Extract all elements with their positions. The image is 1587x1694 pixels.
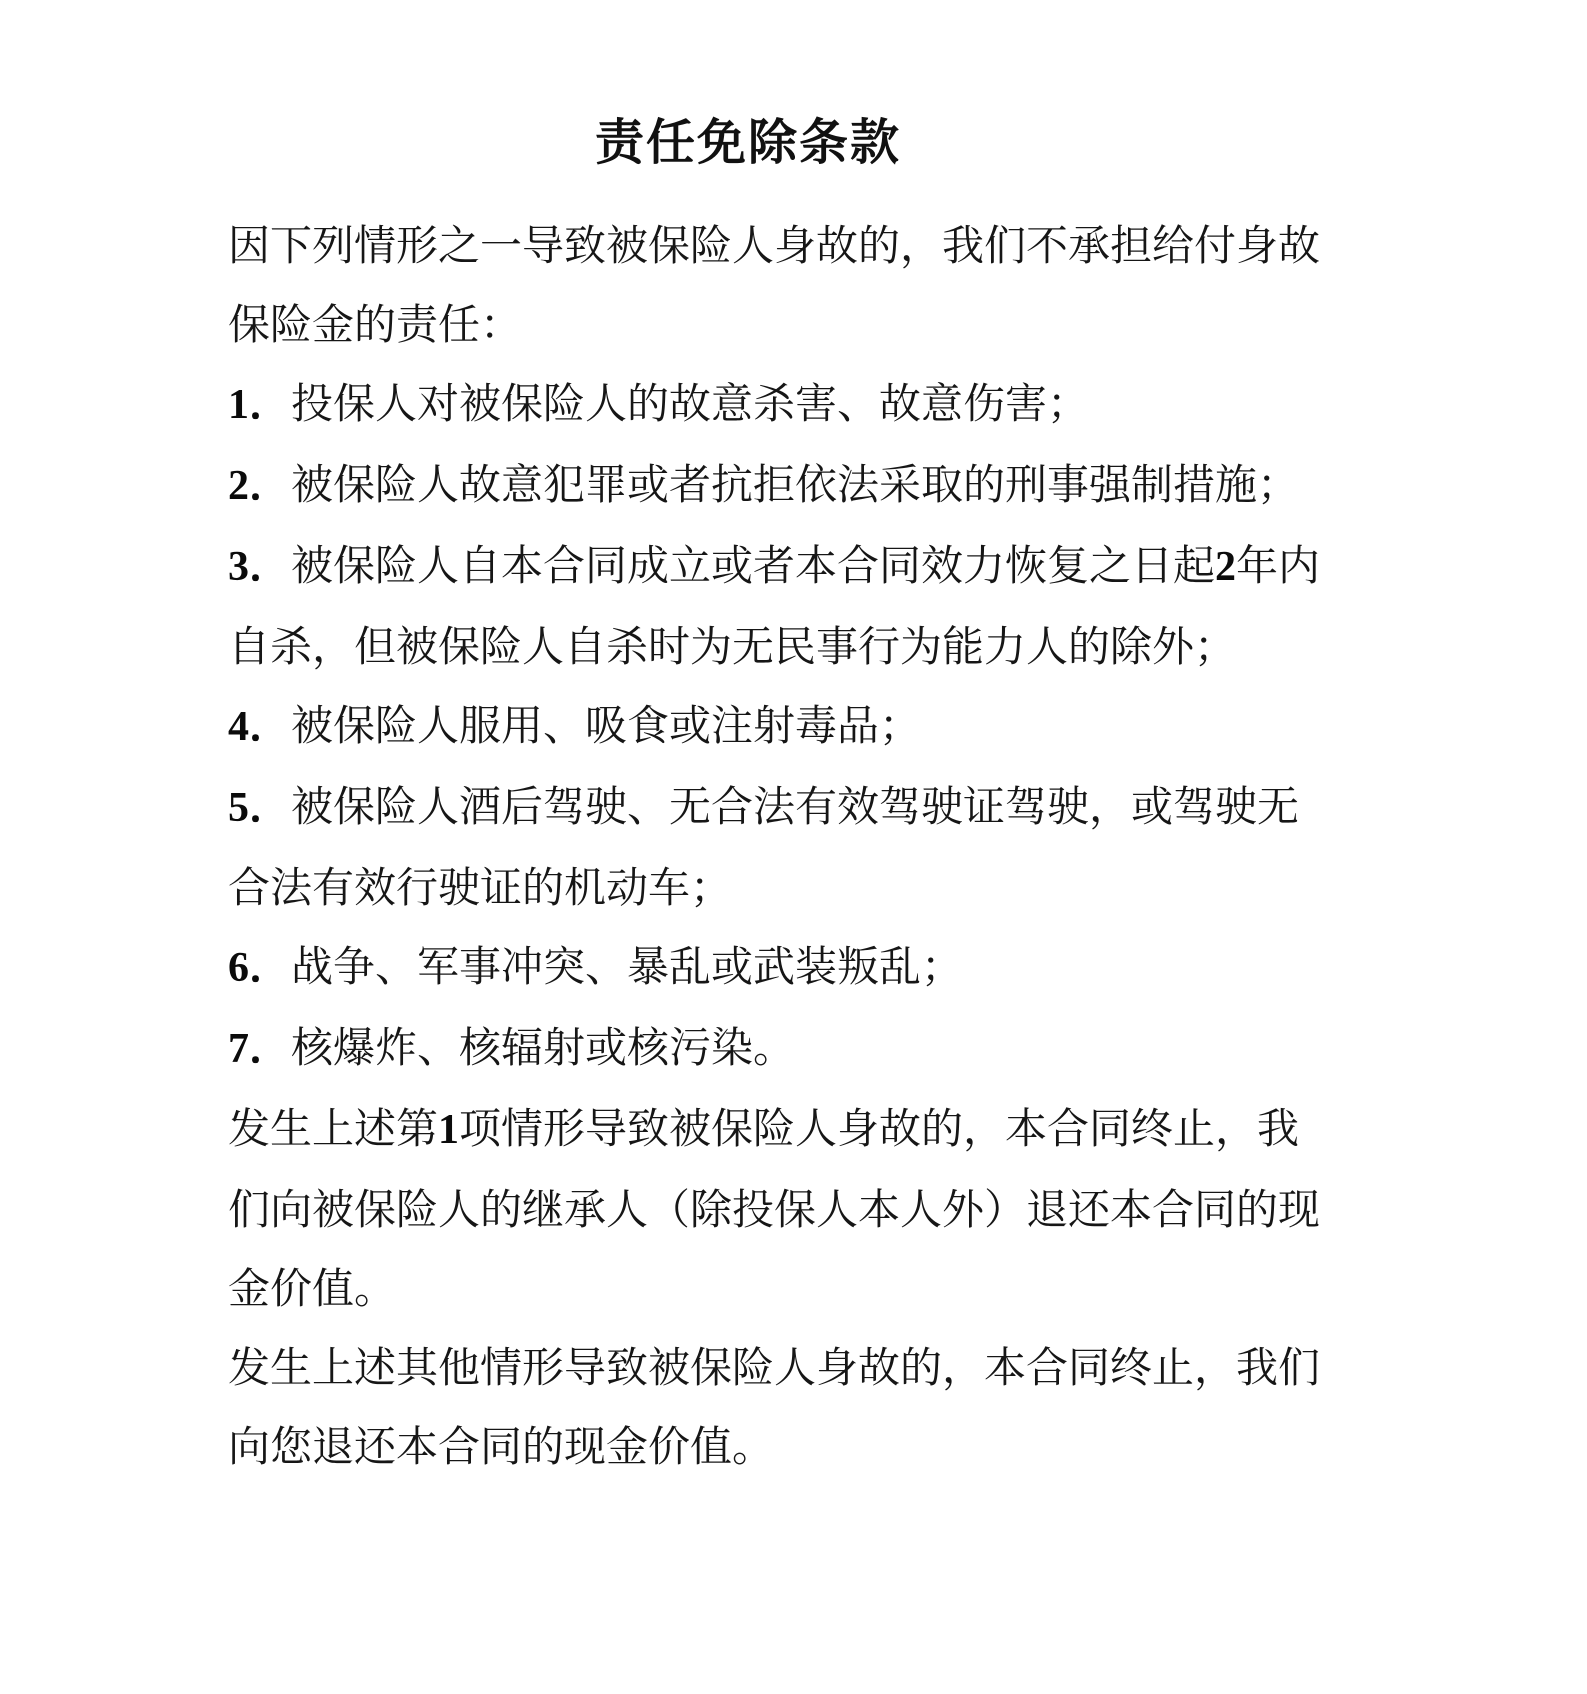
paragraph-text: 被保险人服用、吸食或注射毒品； [291,702,921,749]
paragraph-text: 因下列情形之一导致被保险人身故的，我们不承担给付身故保险金的责任： [228,222,1320,348]
exclusion-item-5: 5．被保险人酒后驾驶、无合法有效驾驶证驾驶，或驾驶无合法有效行驶证的机动车； [228,767,1328,927]
serial-number: 1 [438,1107,459,1153]
serial-number: 3． [228,544,291,590]
paragraphs-container: 因下列情形之一导致被保险人身故的，我们不承担给付身故保险金的责任：1．投保人对被… [228,206,1328,1486]
serial-number: 2． [228,463,291,509]
exclusion-item-6: 6．战争、军事冲突、暴乱或武装叛乱； [228,927,1328,1008]
intro-paragraph: 因下列情形之一导致被保险人身故的，我们不承担给付身故保险金的责任： [228,206,1328,364]
serial-number: 2 [1215,544,1236,590]
paragraph-text: 被保险人自本合同成立或者本合同效力恢复之日起 [291,542,1215,589]
document-page: 责任免除条款 因下列情形之一导致被保险人身故的，我们不承担给付身故保险金的责任：… [0,0,1587,1694]
exclusion-item-7: 7．核爆炸、核辐射或核污染。 [228,1008,1328,1089]
document-title: 责任免除条款 [228,112,1268,174]
serial-number: 4． [228,704,291,750]
exclusion-item-1: 1．投保人对被保险人的故意杀害、故意伤害； [228,364,1328,445]
exclusion-item-3: 3．被保险人自本合同成立或者本合同效力恢复之日起2年内自杀，但被保险人自杀时为无… [228,526,1328,686]
paragraph-text: 战争、军事冲突、暴乱或武装叛乱； [291,943,963,990]
serial-number: 6． [228,945,291,991]
serial-number: 7． [228,1026,291,1072]
paragraph-text: 发生上述第 [228,1105,438,1152]
consequence-first-item: 发生上述第1项情形导致被保险人身故的，本合同终止，我们向被保险人的继承人（除投保… [228,1089,1328,1328]
consequence-other-items: 发生上述其他情形导致被保险人身故的，本合同终止，我们向您退还本合同的现金价值。 [228,1328,1328,1486]
paragraph-text: 投保人对被保险人的故意杀害、故意伤害； [291,380,1089,427]
paragraph-text: 核爆炸、核辐射或核污染。 [291,1024,795,1071]
serial-number: 1． [228,382,291,428]
paragraph-text: 发生上述其他情形导致被保险人身故的，本合同终止，我们向您退还本合同的现金价值。 [228,1344,1320,1470]
exclusion-item-2: 2．被保险人故意犯罪或者抗拒依法采取的刑事强制措施； [228,445,1328,526]
paragraph-text: 被保险人故意犯罪或者抗拒依法采取的刑事强制措施； [291,461,1299,508]
serial-number: 5． [228,785,291,831]
paragraph-text: 被保险人酒后驾驶、无合法有效驾驶证驾驶，或驾驶无合法有效行驶证的机动车； [228,783,1299,911]
exclusion-item-4: 4．被保险人服用、吸食或注射毒品； [228,686,1328,767]
document-body: 责任免除条款 因下列情形之一导致被保险人身故的，我们不承担给付身故保险金的责任：… [228,112,1328,1486]
